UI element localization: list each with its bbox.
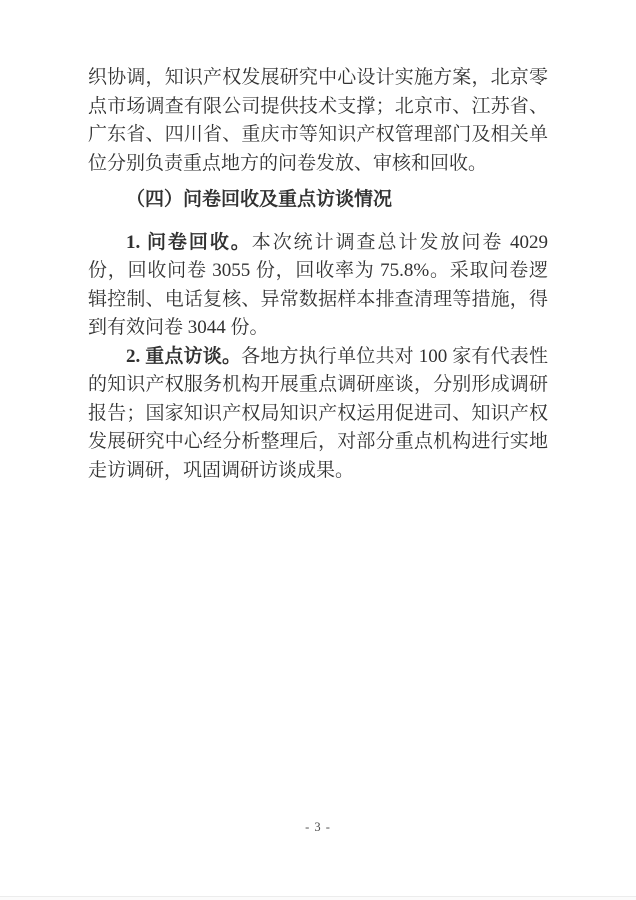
paragraph-item-1: 1. 问卷回收。本次统计调查总计发放问卷 4029 份，回收问卷 3055 份，… xyxy=(88,229,548,343)
page-body: 织协调，知识产权发展研究中心设计实施方案，北京零点市场调查有限公司提供技术支撑；… xyxy=(88,64,548,485)
page-number: - 3 - xyxy=(305,820,331,834)
section-heading: （四）问卷回收及重点访谈情况 xyxy=(88,186,548,215)
document-page: 织协调，知识产权发展研究中心设计实施方案，北京零点市场调查有限公司提供技术支撑；… xyxy=(0,0,636,900)
page-footer: - 3 - xyxy=(0,820,636,835)
item2-label: 2. 重点访谈。 xyxy=(126,346,241,367)
item1-label: 1. 问卷回收。 xyxy=(126,232,252,253)
page-bottom-edge xyxy=(0,896,636,900)
paragraph-continuation: 织协调，知识产权发展研究中心设计实施方案，北京零点市场调查有限公司提供技术支撑；… xyxy=(88,64,548,178)
paragraph-item-2: 2. 重点访谈。各地方执行单位共对 100 家有代表性的知识产权服务机构开展重点… xyxy=(88,343,548,486)
